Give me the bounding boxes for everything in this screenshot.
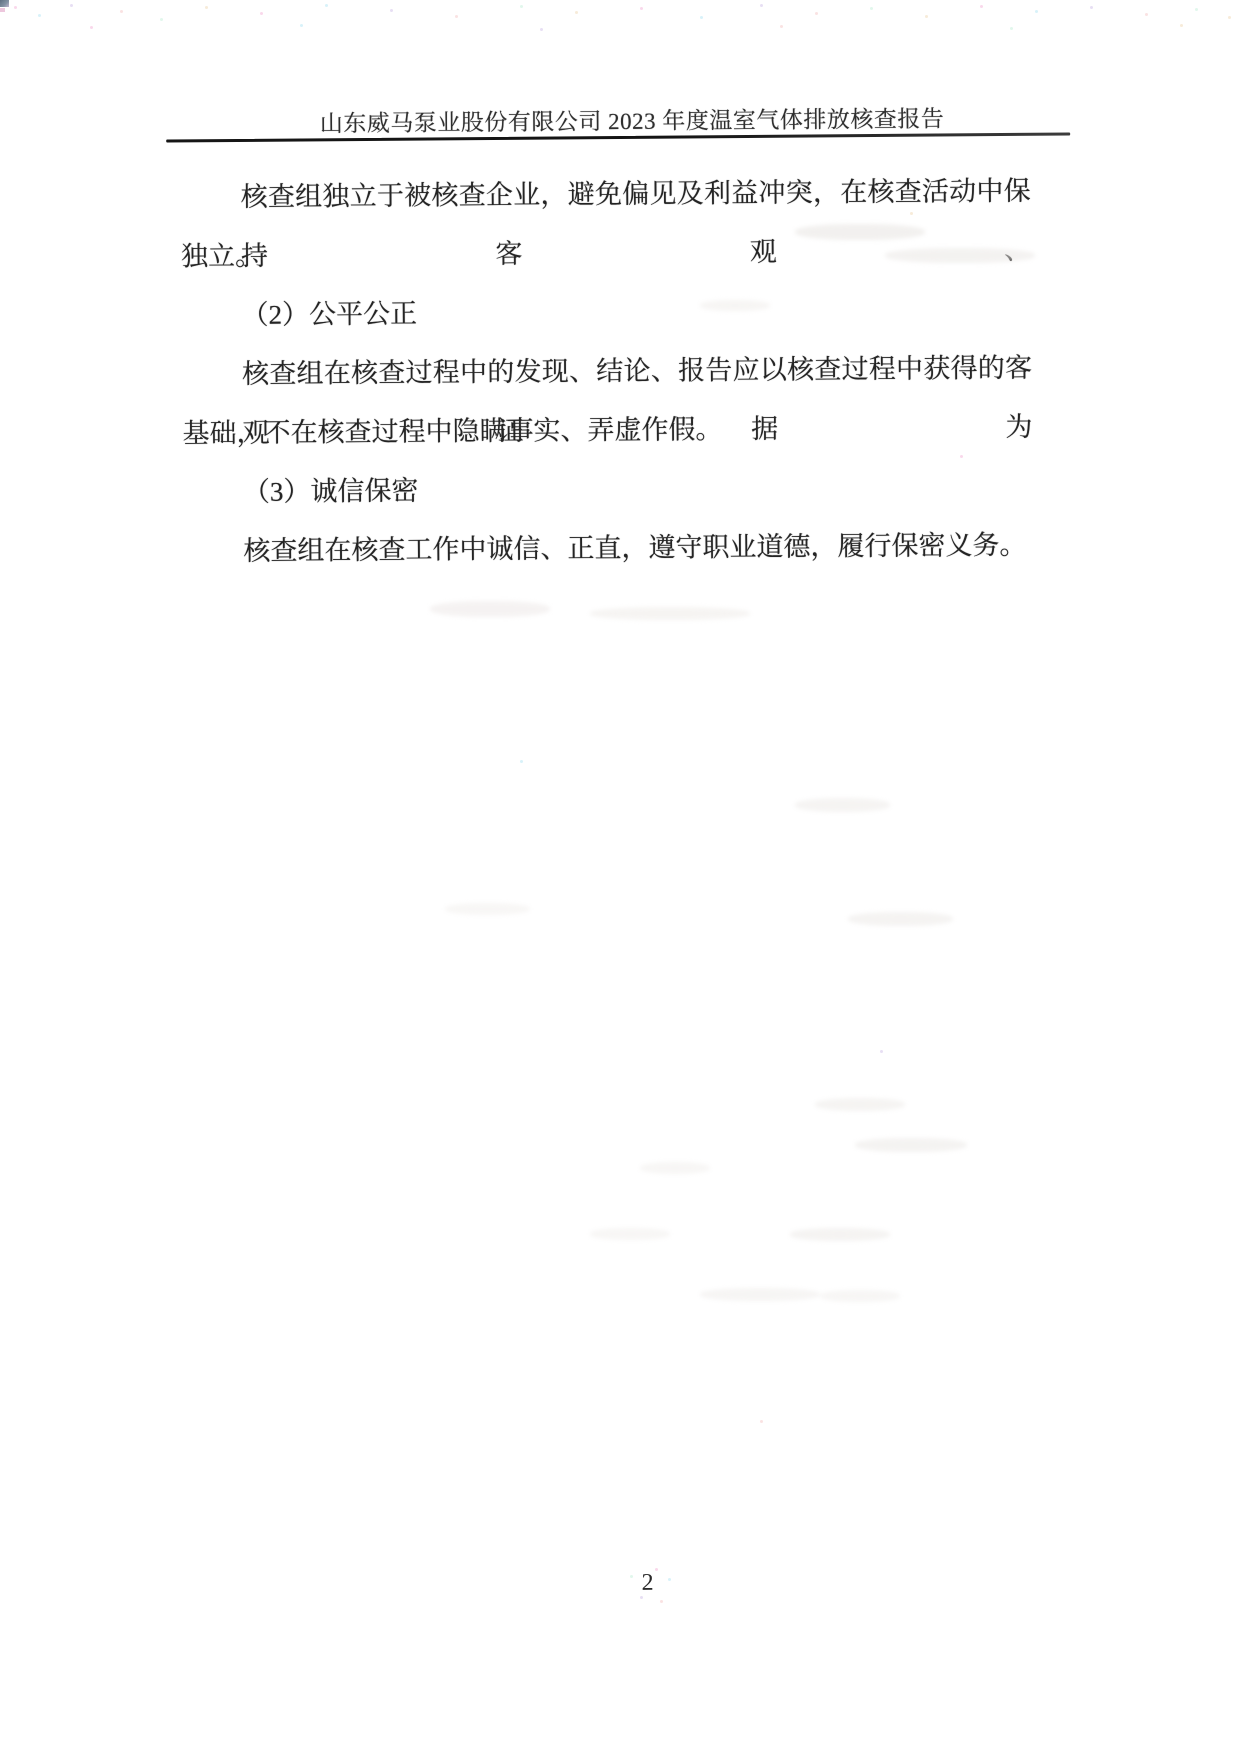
section-heading: （3）诚信保密 (183, 457, 1033, 523)
paragraph-line: 核查组在核查工作中诚信、正直，遵守职业道德，履行保密义务。 (183, 516, 1033, 582)
scanned-content: 山东威马泵业股份有限公司 2023 年度温室气体排放核查报告 核查组独立于被核查… (0, 0, 1242, 1754)
page-number: 2 (641, 1570, 653, 1597)
corner-artifact (0, 8, 5, 12)
paragraph-line: 核查组独立于被核查企业，避免偏见及利益冲突，在核查活动中保持客观、 (180, 162, 1030, 228)
document-body: 核查组独立于被核查企业，避免偏见及利益冲突，在核查活动中保持客观、 独立。 （2… (180, 162, 1033, 582)
corner-artifact (0, 0, 9, 7)
section-heading: （2）公平公正 (181, 280, 1031, 346)
document-page: 山东威马泵业股份有限公司 2023 年度温室气体排放核查报告 核查组独立于被核查… (0, 0, 1242, 1754)
paragraph-line: 核查组在核查过程中的发现、结论、报告应以核查过程中获得的客观证据为 (182, 339, 1032, 405)
